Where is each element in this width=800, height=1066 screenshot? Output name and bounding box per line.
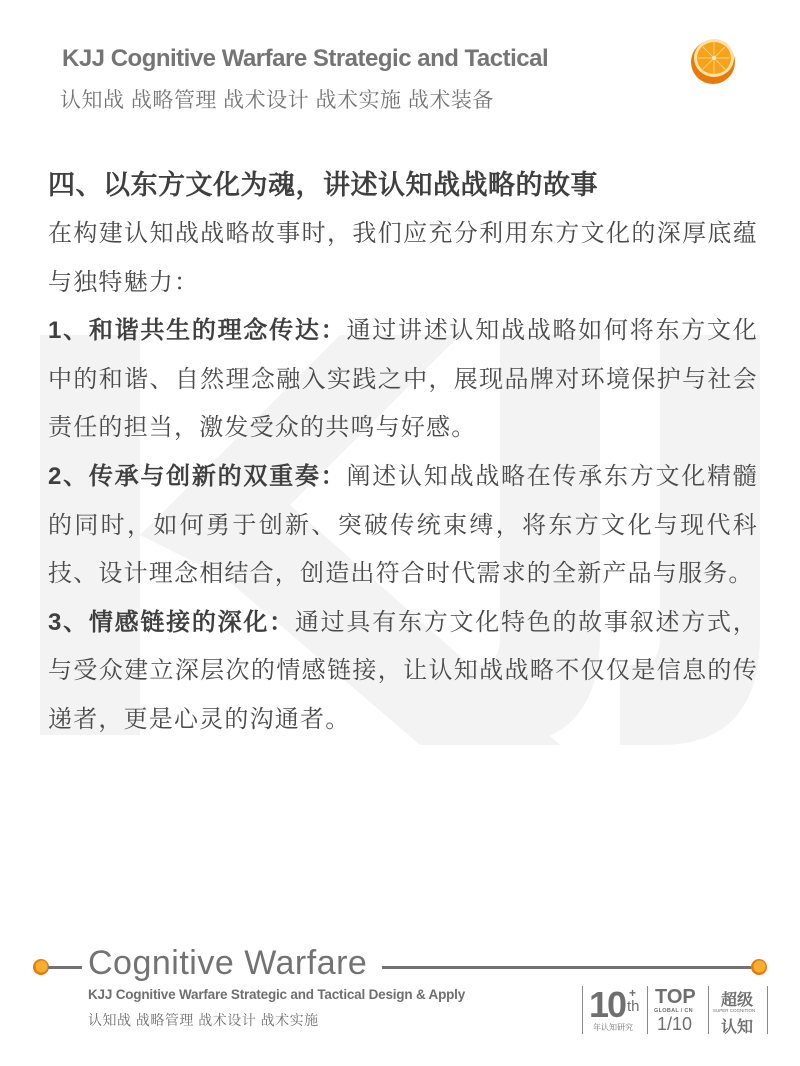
point-2-label: 2、传承与创新的双重奏： <box>48 463 346 490</box>
footer-brand: Cognitive Warfare <box>88 944 367 983</box>
badge-rank-value: 1/10 <box>657 1014 692 1035</box>
badge-rank-title: TOP <box>655 986 696 1009</box>
article: 四、以东方文化为魂，讲述认知战战略的故事 在构建认知战战略故事时，我们应充分利用… <box>48 160 758 745</box>
point-1: 1、和谐共生的理念传达：通过讲述认知战战略如何将东方文化中的和谐、自然理念融入实… <box>48 307 758 453</box>
footer-divider-left <box>48 966 82 969</box>
point-3: 3、情感链接的深化：通过具有东方文化特色的故事叙述方式，与受众建立深层次的情感链… <box>48 599 758 745</box>
badge-separator <box>767 986 768 1034</box>
orange-slice-icon-right <box>750 958 768 976</box>
point-3-label: 3、情感链接的深化： <box>48 609 295 636</box>
badge-years-suffix: th <box>627 998 640 1015</box>
badge-super-cognition: 超级 SUPER COGNITION 认知 <box>709 986 767 1034</box>
footer-tagline-en: KJJ Cognitive Warfare Strategic and Tact… <box>88 987 465 1002</box>
article-intro: 在构建认知战战略故事时，我们应充分利用东方文化的深厚底蕴与独特魅力： <box>48 210 758 307</box>
header-title: KJJ Cognitive Warfare Strategic and Tact… <box>62 45 548 73</box>
header-subtitle: 认知战 战略管理 战术设计 战术实施 战术装备 <box>60 84 494 114</box>
badge-years-number: 10 <box>589 984 625 1026</box>
orange-slice-icon <box>688 34 738 86</box>
badge-rank: TOP GLOBAL / CN 1/10 <box>648 986 708 1034</box>
badge-super-line1: 超级 <box>721 987 753 1010</box>
badge-super-caption: SUPER COGNITION <box>713 1008 755 1013</box>
point-2: 2、传承与创新的双重奏：阐述认知战战略在传承东方文化精髓的同时，如何勇于创新、突… <box>48 453 758 599</box>
badge-years-caption: 年认知研究 <box>593 1022 633 1033</box>
footer-divider-right <box>382 966 754 969</box>
point-1-label: 1、和谐共生的理念传达： <box>48 317 346 344</box>
badge-years: 10 + th 年认知研究 <box>583 986 647 1034</box>
badge-super-line2: 认知 <box>721 1014 753 1037</box>
footer-tagline-cn: 认知战 战略管理 战术设计 战术实施 <box>88 1010 319 1030</box>
article-heading: 四、以东方文化为魂，讲述认知战战略的故事 <box>48 160 758 210</box>
footer-badges: 10 + th 年认知研究 TOP GLOBAL / CN 1/10 超级 SU… <box>582 986 768 1034</box>
